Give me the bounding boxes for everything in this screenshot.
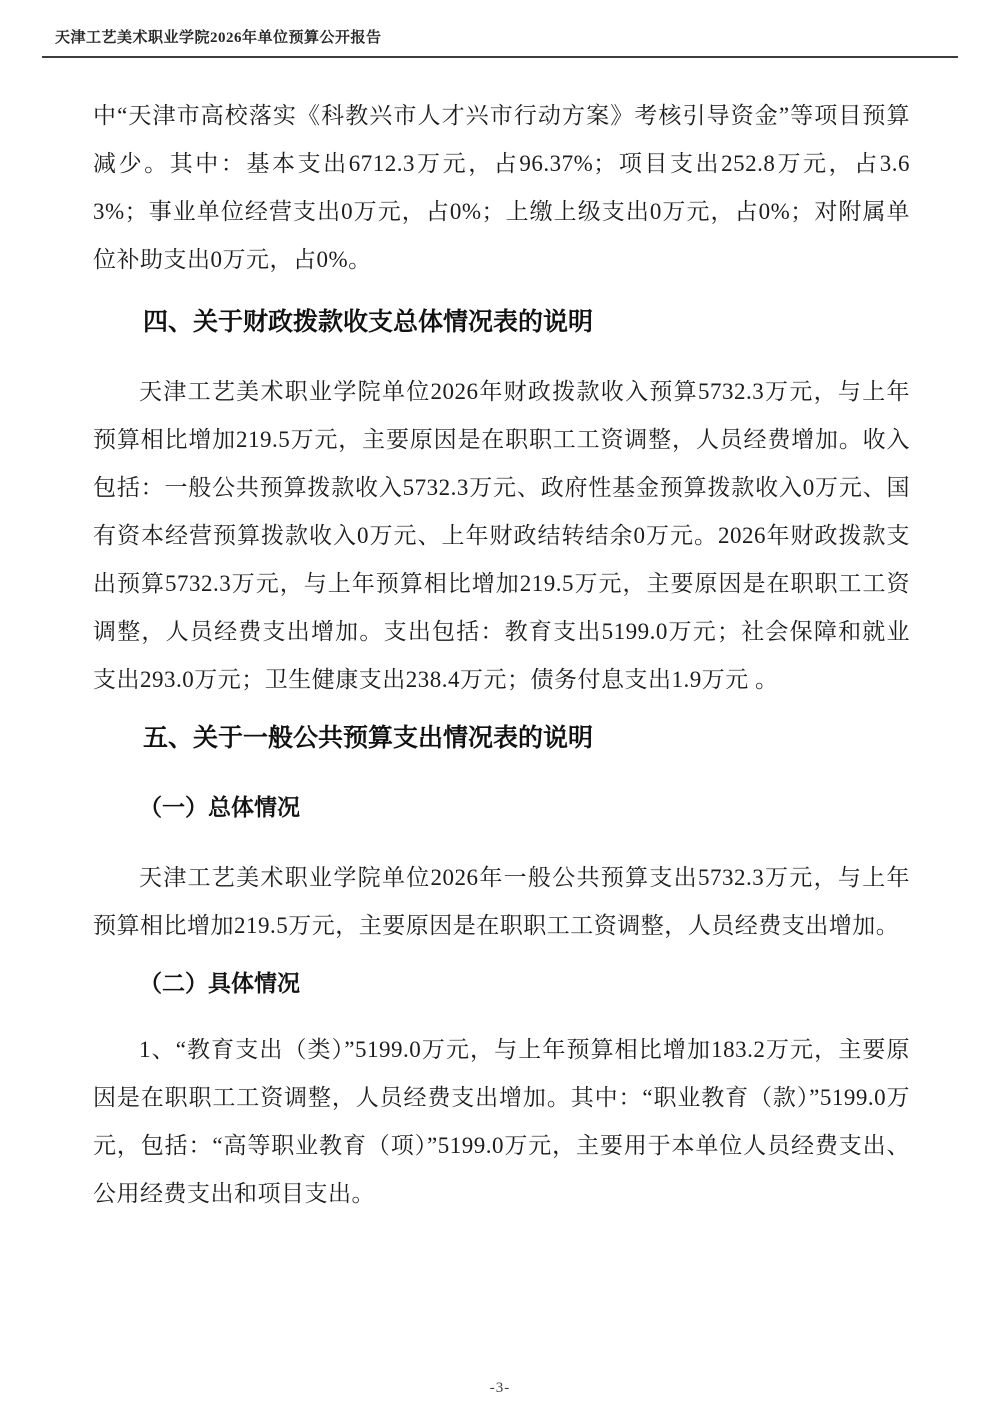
body-paragraph-continuation: 中“天津市高校落实《科教兴市人才兴市行动方案》考核引导资金”等项目预算减少。其中…: [93, 92, 910, 284]
document-body: 中“天津市高校落实《科教兴市人才兴市行动方案》考核引导资金”等项目预算减少。其中…: [0, 58, 1000, 1218]
body-paragraph-education-expenditure: 1、“教育支出（类）”5199.0万元，与上年预算相比增加183.2万元，主要原…: [93, 1026, 910, 1218]
page-header-title: 天津工艺美术职业学院2026年单位预算公开报告: [55, 30, 382, 46]
subsection-heading-specific: （二）具体情况: [93, 960, 910, 1008]
document-page: { "header": { "title": "天津工艺美术职业学院2026年单…: [0, 0, 1000, 1415]
page-number: -3-: [490, 1380, 511, 1396]
section-heading-5: 五、关于一般公共预算支出情况表的说明: [93, 714, 910, 762]
body-paragraph-fiscal-appropriation: 天津工艺美术职业学院单位2026年财政拨款收入预算5732.3万元，与上年预算相…: [93, 368, 910, 704]
page-header: 天津工艺美术职业学院2026年单位预算公开报告: [42, 0, 958, 58]
body-paragraph-overall-situation: 天津工艺美术职业学院单位2026年一般公共预算支出5732.3万元，与上年预算相…: [93, 854, 910, 950]
section-heading-4: 四、关于财政拨款收支总体情况表的说明: [93, 298, 910, 346]
page-footer: -3-: [0, 1379, 1000, 1397]
subsection-heading-overall: （一）总体情况: [93, 784, 910, 832]
